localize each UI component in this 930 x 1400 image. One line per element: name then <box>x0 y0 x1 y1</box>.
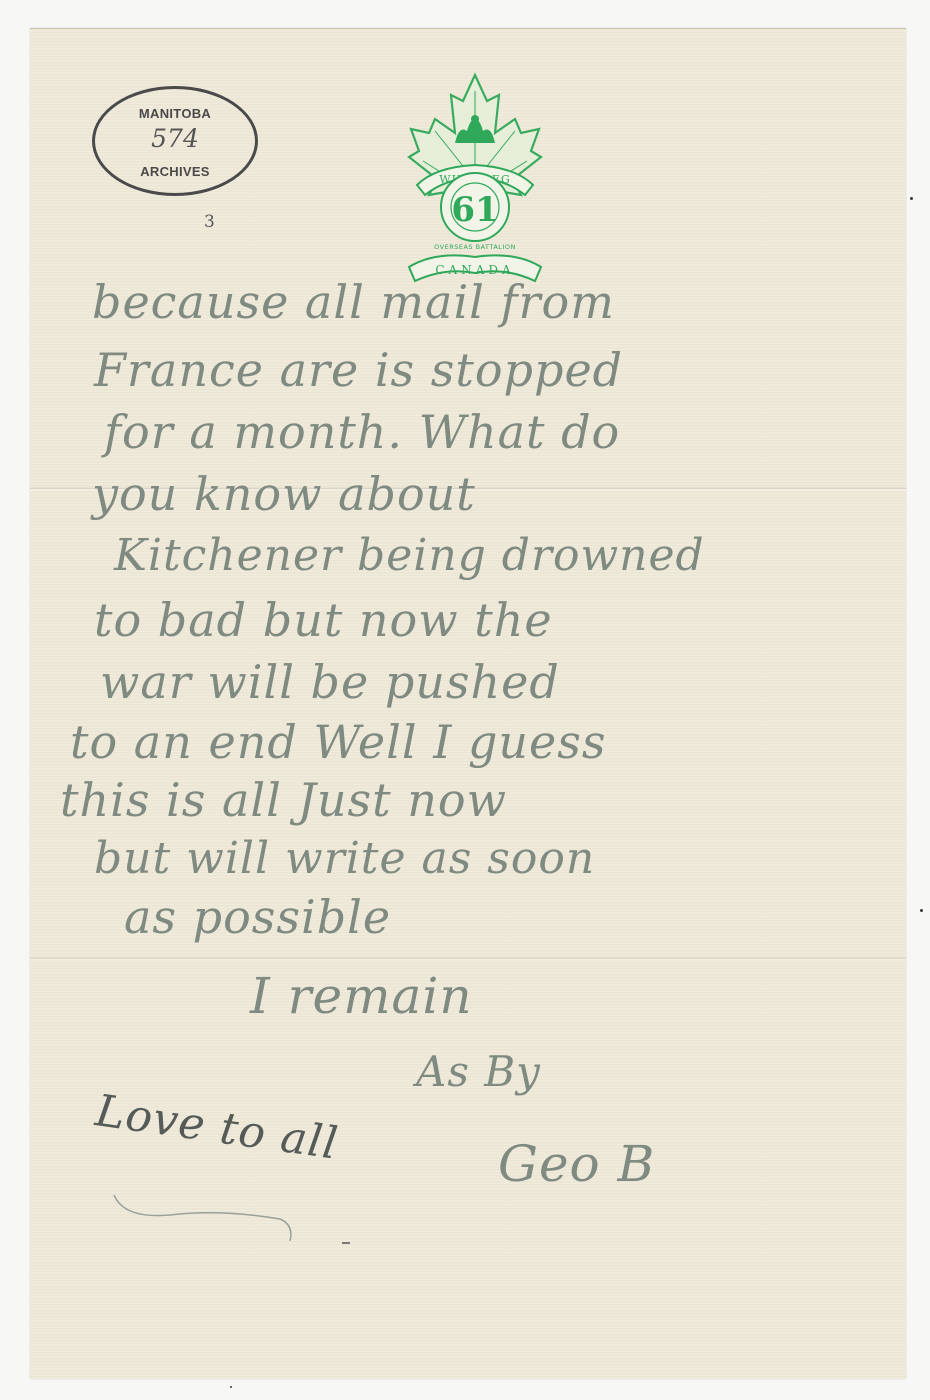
letter-line-9: this is all Just now <box>60 777 507 823</box>
letter-line-7: war will be pushed <box>100 659 560 705</box>
closing-line-2: As By <box>416 1051 541 1093</box>
letter-line-2: France are is stopped <box>94 347 623 393</box>
letter-line-10: but will write as soon <box>94 837 595 881</box>
letter-line-11: as possible <box>124 894 391 940</box>
speck <box>910 197 913 200</box>
crest-ring-text: OVERSEAS BATTALION <box>434 243 516 251</box>
archive-stamp: MANITOBA 574 ARCHIVES <box>92 86 258 196</box>
speck <box>920 909 923 912</box>
stamp-number: 574 <box>95 124 255 153</box>
speck <box>230 1386 232 1388</box>
signature: Geo B <box>498 1139 655 1189</box>
pencil-flourish <box>110 1179 370 1259</box>
letter-line-1: because all mail from <box>92 279 615 325</box>
closing-line-1: I remain <box>250 971 473 1021</box>
postscript-love-to-all: Love to all <box>93 1089 341 1167</box>
letter-line-5: Kitchener being drowned <box>114 534 705 578</box>
fold-crease-lower <box>30 957 906 961</box>
letter-line-4: you know about <box>92 471 476 517</box>
stamp-bottom-text: ARCHIVES <box>95 164 255 179</box>
letter-line-8: to an end Well I guess <box>70 719 607 765</box>
letter-line-6: to bad but now the <box>94 597 553 643</box>
letter-page: MANITOBA 574 ARCHIVES 3 WINNIPEG 61 OVER… <box>30 28 906 1379</box>
letter-line-3: for a month. What do <box>104 409 620 455</box>
page-number: 3 <box>204 212 215 232</box>
crest-number: 61 <box>451 190 498 230</box>
stamp-top-text: MANITOBA <box>95 106 255 121</box>
battalion-crest-icon: WINNIPEG 61 OVERSEAS BATTALION CANADA <box>375 71 575 286</box>
